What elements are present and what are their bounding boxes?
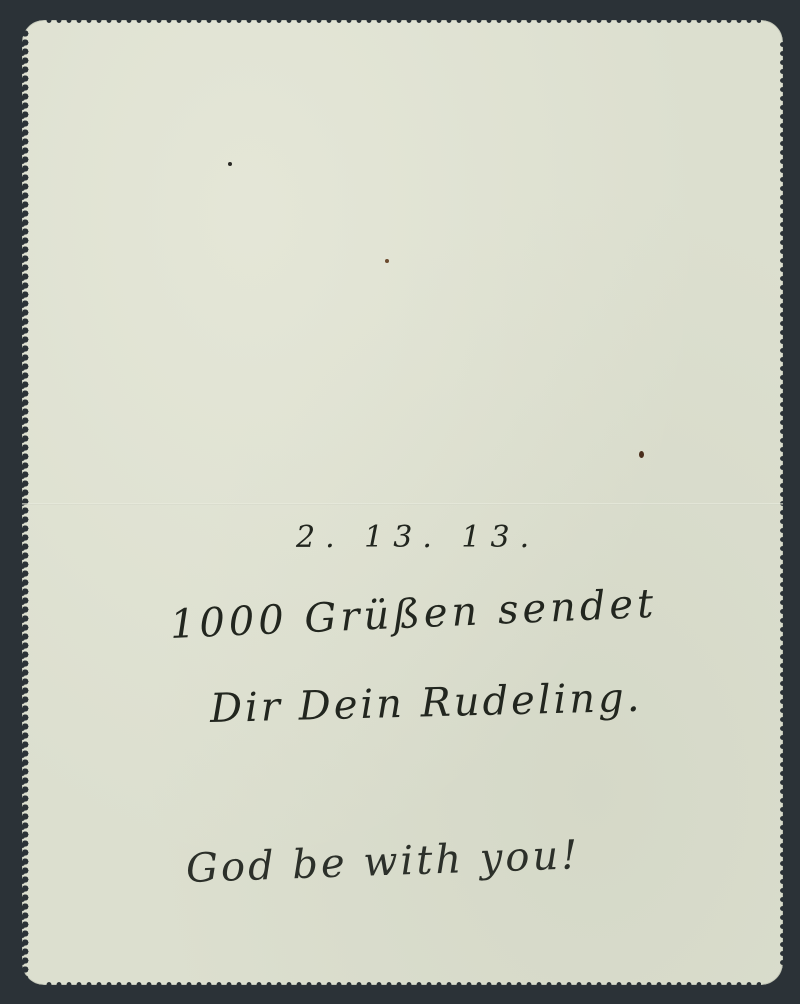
fold-crease bbox=[22, 503, 783, 505]
handwritten-date: 2. 13. 13. bbox=[296, 520, 539, 555]
foxing-spot bbox=[385, 259, 389, 263]
foxing-spot bbox=[639, 451, 644, 458]
ink-speck bbox=[228, 162, 232, 166]
